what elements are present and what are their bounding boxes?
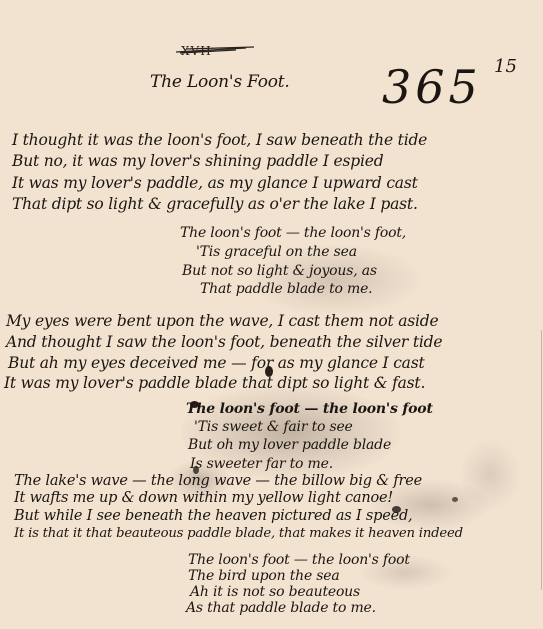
chorus-line: 'Tis sweet & fair to see bbox=[194, 420, 353, 434]
catalog-superscript: 15 bbox=[494, 56, 517, 77]
stanza-line: That dipt so light & gracefully as o'er … bbox=[12, 197, 418, 213]
stanza-line: But while I see beneath the heaven pictu… bbox=[14, 509, 412, 524]
ink-smudge bbox=[460, 440, 520, 510]
chorus-line: Ah it is not so beauteous bbox=[190, 585, 360, 599]
stanza-line: And thought I saw the loon's foot, benea… bbox=[6, 335, 442, 351]
manuscript-page: XVII The Loon's Foot. 365 15 I thought i… bbox=[0, 0, 543, 629]
chorus-line: But oh my lover paddle blade bbox=[188, 438, 391, 452]
chorus-line: Is sweeter far to me. bbox=[190, 457, 333, 471]
chorus-line: But not so light & joyous, as bbox=[182, 264, 377, 278]
chorus-line: The bird upon the sea bbox=[188, 569, 340, 583]
chorus-line: 'Tis graceful on the sea bbox=[196, 245, 357, 259]
stanza-line: It was my lover's paddle blade that dipt… bbox=[4, 376, 425, 392]
chorus-line: The loon's foot — the loon's foot bbox=[186, 402, 433, 416]
catalog-number: 365 bbox=[382, 60, 482, 114]
stanza-line: But no, it was my lover's shining paddle… bbox=[12, 154, 383, 170]
stanza-line: It wafts me up & down within my yellow l… bbox=[14, 491, 393, 506]
chorus-line: The loon's foot — the loon's foot bbox=[188, 553, 410, 567]
chorus-line: The loon's foot — the loon's foot, bbox=[180, 226, 406, 240]
stanza-line: I thought it was the loon's foot, I saw … bbox=[12, 133, 427, 149]
stanza-line: But ah my eyes deceived me — for as my g… bbox=[8, 356, 425, 372]
manuscript-title: The Loon's Foot. bbox=[150, 74, 290, 91]
chorus-line: That paddle blade to me. bbox=[200, 282, 372, 296]
stanza-line: It is that it that beauteous paddle blad… bbox=[14, 527, 463, 540]
stanza-line: My eyes were bent upon the wave, I cast … bbox=[6, 314, 438, 330]
struck-roman-numeral: XVII bbox=[181, 44, 212, 58]
stanza-line: The lake's wave — the long wave — the bi… bbox=[14, 474, 422, 489]
stanza-line: It was my lover's paddle, as my glance I… bbox=[12, 176, 418, 192]
chorus-line: As that paddle blade to me. bbox=[186, 601, 376, 615]
page-edge-line bbox=[541, 330, 542, 590]
